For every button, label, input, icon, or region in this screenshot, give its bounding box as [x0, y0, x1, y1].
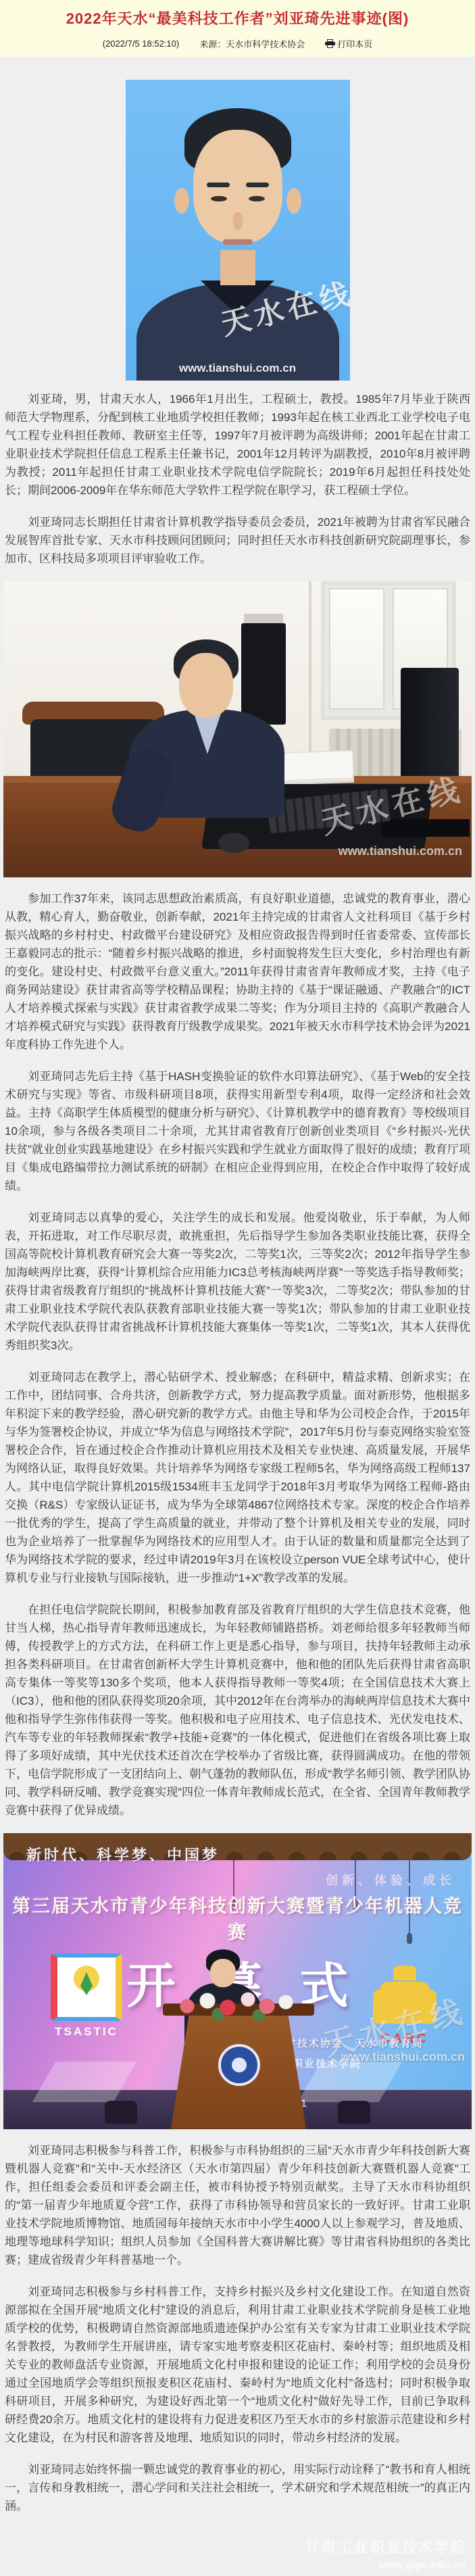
person-eye [211, 196, 227, 201]
person-eyebrow [246, 183, 269, 187]
paragraph: 参加工作37年来，该同志思想政治素质高，有良好职业道德，忠诚党的教育事业，潜心从… [5, 890, 470, 1054]
text-block-1: 刘亚琦，男，甘肃天水人，1966年1月出生，工程硕士，教授。1985年7月毕业于… [0, 390, 475, 568]
person-eyebrow [207, 183, 230, 187]
printer-icon [325, 39, 335, 48]
mouse [218, 833, 249, 853]
watermark-url: www.tianshui.com.cn [339, 844, 462, 858]
tsastic-logo: TSASTIC [51, 1953, 122, 2039]
watermark-url: www.tianshui.com.cn [179, 362, 296, 375]
paragraph: 刘亚琦同志始终怀揣一颗忠诚党的教育事业的初心，用实际行动诠释了“教书和育人相统一… [5, 2460, 470, 2515]
person-ear [286, 188, 301, 214]
person-neck [220, 250, 255, 285]
stage-moving-light [338, 2101, 370, 2124]
print-page-link[interactable]: 打印本页 [325, 37, 372, 50]
paragraph: 刘亚琦同志长期担任甘肃省计算机教学指导委员会委员，2021年被聘为甘肃省军民融合… [5, 513, 470, 568]
page-title: 2022年天水“最美科技工作者”刘亚琦先进事迹(图) [7, 9, 468, 29]
paragraph: 刘亚琦同志在教学上，潜心钻研学术、授业解惑；在科研中，精益求精、创新求实；在工作… [5, 1368, 470, 1587]
watermark-school-url: www.gipc.edu.cn [378, 2560, 466, 2572]
paragraph: 刘亚琦，男，甘肃天水人，1966年1月出生，工程硕士，教授。1985年7月毕业于… [5, 390, 470, 500]
text-block-3: 刘亚琦同志积极参与科普工作，积极参与市科协组织的三届“天水市青少年科技创新大赛暨… [0, 2141, 475, 2515]
backdrop-slogan-right: 创新、体验、成长 [326, 1871, 455, 1889]
article-header: 2022年天水“最美科技工作者”刘亚琦先进事迹(图) (2022/7/5 18:… [0, 0, 475, 57]
podium-flowers [178, 1990, 299, 2021]
print-label: 打印本页 [337, 37, 372, 50]
source-label: 来源：天水市科学技术协会 [199, 37, 305, 50]
event-banner-title: 第三届天水市青少年科技创新大赛暨青少年机器人竞赛 [3, 1891, 472, 1944]
robot-head [393, 1966, 416, 1980]
person-eye [249, 196, 265, 201]
meta-line: (2022/7/5 18:52:10) 来源：天水市科学技术协会 打印本页 [7, 37, 468, 50]
paragraph: 刘亚琦同志积极参与乡村科普工作，支持乡村振兴及乡村文化建设工作。在知道自然资源部… [5, 2283, 470, 2447]
logo-text: TSASTIC [51, 2025, 122, 2039]
paragraph: 刘亚琦同志以真挚的爱心，关注学生的成长和发展。他爱岗敬业，乐于奉献，为人师表，开… [5, 1209, 470, 1355]
speaker-face [210, 1959, 236, 1987]
footer-watermark: 甘肃工业职业技术学院 www.gipc.edu.cn [0, 2529, 475, 2576]
office-photo: 天水在线 www.tianshui.com.cn [3, 581, 472, 877]
stage-moving-light [105, 2101, 137, 2124]
person-face [179, 653, 233, 718]
text-block-2: 参加工作37年来，该同志思想政治素质高，有良好职业道德，忠诚党的教育事业，潜心从… [0, 890, 475, 1820]
podium-emblem [218, 2044, 260, 2086]
portrait-photo: 天水在线 www.tianshui.com.cn [126, 80, 350, 381]
window-pane [329, 588, 384, 710]
publish-datetime: (2022/7/5 18:52:10) [103, 39, 179, 49]
paragraph: 刘亚琦同志积极参与科普工作，积极参与市科协组织的三届“天水市青少年科技创新大赛暨… [5, 2141, 470, 2269]
person-ear [174, 188, 189, 214]
paragraph: 刘亚琦同志先后主持《基于HASH变换验证的软件水印算法研究》、《基于Web的安全… [5, 1067, 470, 1195]
watermark-url: www.tianshui.com.cn [341, 2050, 465, 2064]
pc-tower [241, 623, 286, 725]
backdrop-slogan-left: 新时代、科学梦、中国梦 [26, 1844, 220, 1865]
article-content: 天水在线 www.tianshui.com.cn 刘亚琦，男，甘肃天水人，196… [0, 57, 475, 2576]
watermark-school-name: 甘肃工业职业技术学院 [305, 2536, 467, 2557]
paragraph: 在担任电信学院院长期间，积极参加教育部及省教育厅组织的大学生信息技术竞赛，他甘当… [5, 1601, 470, 1820]
person-mouth [223, 239, 253, 245]
person-nose [233, 212, 243, 230]
ceremony-photo: 新时代、科学梦、中国梦 创新、体验、成长 第三届天水市青少年科技创新大赛暨青少年… [3, 1833, 472, 2129]
